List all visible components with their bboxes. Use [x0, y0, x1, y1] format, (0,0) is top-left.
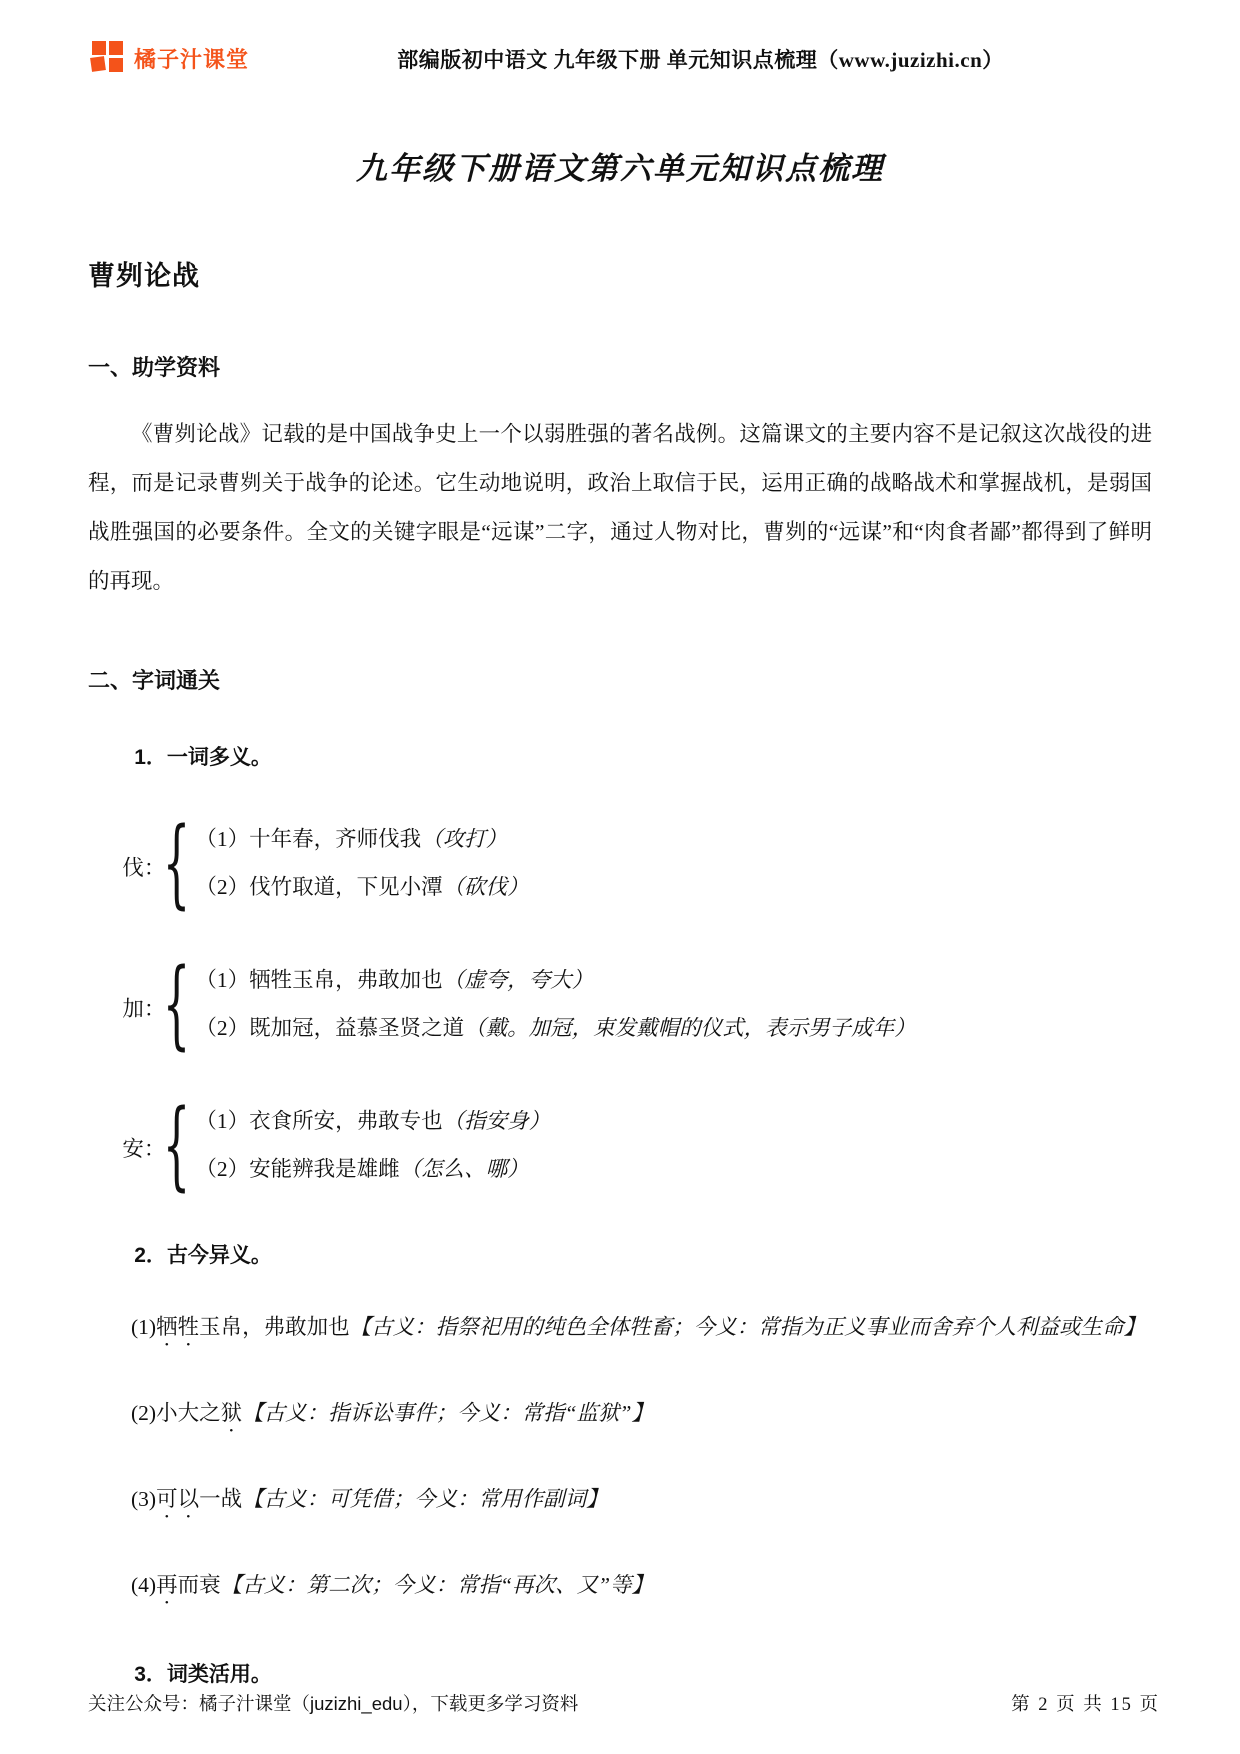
polysemy-line-gloss: （攻打）: [421, 827, 507, 851]
polysemy-lines: （1）牺牲玉帛，弗敢加也（虚夸，夸大） （2）既加冠，益慕圣贤之道（戴。加冠，束…: [187, 956, 915, 1053]
lesson-title: 曹刿论战: [88, 254, 1152, 293]
polysemy-word: 加：: [122, 986, 165, 1023]
section-1-paragraph: 《曹刿论战》记载的是中国战争史上一个以弱胜强的著名战例。这篇课文的主要内容不是记…: [88, 410, 1152, 606]
item-text: 玉帛，弗敢加也: [199, 1315, 350, 1339]
polysemy-line-text: （1）十年春，齐师伐我: [195, 827, 421, 851]
polysemy-line-gloss: （怎么、哪）: [400, 1157, 529, 1181]
item-emphasized-word: 狱: [221, 1401, 243, 1425]
ancient-modern-item-3: (3)可以一战【古义：可凭借；今义：常用作副词】: [88, 1473, 1152, 1527]
polysemy-line: （1）十年春，齐师伐我（攻打）: [195, 815, 528, 863]
item-emphasized-word: 再: [156, 1573, 178, 1597]
brace-icon: [165, 815, 187, 911]
brand-logo-icon: [88, 36, 128, 81]
section-heading-1: 一、助学资料: [88, 351, 1152, 382]
brand-name: 橘子汁课堂: [134, 43, 249, 74]
polysemy-line: （2）伐竹取道，下见小潭（砍伐）: [195, 863, 528, 911]
polysemy-line-text: （2）既加冠，益慕圣贤之道: [195, 1016, 464, 1040]
polysemy-line-text: （2）安能辨我是雄雌: [195, 1157, 399, 1181]
footer-page-number: 第 2 页 共 15 页: [1011, 1690, 1160, 1716]
section-heading-2: 二、字词通关: [88, 664, 1152, 695]
item-emphasized-word: 可以: [156, 1487, 199, 1511]
item-gloss: 【古义：指祭祀用的纯色全体牲畜；今义：常指为正义事业而舍弃个人利益或生命】: [350, 1315, 1146, 1339]
polysemy-line-text: （2）伐竹取道，下见小潭: [195, 875, 442, 899]
header-doc-info: 部编版初中语文 九年级下册 单元知识点梳理（www.juzizhi.cn）: [249, 44, 1152, 74]
subsection-heading-word-class: 3．词类活用。: [134, 1658, 1152, 1688]
brand-logo: 橘子汁课堂: [88, 36, 249, 81]
item-emphasized-word: 牺牲: [156, 1315, 199, 1339]
item-prefix: (2)小大之: [131, 1401, 221, 1425]
polysemy-line-gloss: （指安身）: [443, 1109, 551, 1133]
document-content: 曹刿论战 一、助学资料 《曹刿论战》记载的是中国战争史上一个以弱胜强的著名战例。…: [0, 254, 1240, 1688]
page-footer: 关注公众号：橘子汁课堂（juzizhi_edu），下载更多学习资料 第 2 页 …: [88, 1690, 1160, 1716]
subsection-heading-polysemy: 1．一词多义。: [134, 741, 1152, 771]
polysemy-line-text: （1）衣食所安，弗敢专也: [195, 1109, 442, 1133]
ancient-modern-item-2: (2)小大之狱【古义：指诉讼事件；今义：常指“监狱”】: [88, 1387, 1152, 1441]
item-prefix: (4): [131, 1573, 156, 1597]
polysemy-line: （2）安能辨我是雄雌（怎么、哪）: [195, 1145, 550, 1193]
item-prefix: (1): [131, 1315, 156, 1339]
polysemy-line: （2）既加冠，益慕圣贤之道（戴。加冠，束发戴帽的仪式，表示男子成年）: [195, 1004, 915, 1052]
polysemy-group-fa: 伐： （1）十年春，齐师伐我（攻打） （2）伐竹取道，下见小潭（砍伐）: [122, 815, 1152, 912]
item-gloss: 【古义：可凭借；今义：常用作副词】: [242, 1487, 608, 1511]
footer-account-info: 关注公众号：橘子汁课堂（juzizhi_edu），下载更多学习资料: [88, 1690, 578, 1716]
polysemy-word: 安：: [122, 1126, 165, 1163]
document-page: 橘子汁课堂 部编版初中语文 九年级下册 单元知识点梳理（www.juzizhi.…: [0, 0, 1240, 1754]
item-text: 一战: [199, 1487, 242, 1511]
polysemy-lines: （1）十年春，齐师伐我（攻打） （2）伐竹取道，下见小潭（砍伐）: [187, 815, 528, 912]
subsection-heading-ancient-modern: 2．古今异义。: [134, 1239, 1152, 1269]
polysemy-line: （1）衣食所安，弗敢专也（指安身）: [195, 1097, 550, 1145]
polysemy-lines: （1）衣食所安，弗敢专也（指安身） （2）安能辨我是雄雌（怎么、哪）: [187, 1097, 550, 1194]
polysemy-word: 伐：: [122, 845, 165, 882]
polysemy-line: （1）牺牲玉帛，弗敢加也（虚夸，夸大）: [195, 956, 915, 1004]
polysemy-group-jia: 加： （1）牺牲玉帛，弗敢加也（虚夸，夸大） （2）既加冠，益慕圣贤之道（戴。加…: [122, 956, 1152, 1053]
ancient-modern-item-4: (4)再而衰【古义：第二次；今义：常指“再次、又”等】: [88, 1559, 1152, 1613]
item-gloss: 【古义：指诉讼事件；今义：常指“监狱”】: [242, 1401, 653, 1425]
page-header: 橘子汁课堂 部编版初中语文 九年级下册 单元知识点梳理（www.juzizhi.…: [0, 0, 1240, 81]
polysemy-group-an: 安： （1）衣食所安，弗敢专也（指安身） （2）安能辨我是雄雌（怎么、哪）: [122, 1097, 1152, 1194]
brace-icon: [165, 956, 187, 1052]
item-gloss: 【古义：第二次；今义：常指“再次、又”等】: [221, 1573, 653, 1597]
polysemy-line-gloss: （砍伐）: [443, 875, 529, 899]
polysemy-line-gloss: （戴。加冠，束发戴帽的仪式，表示男子成年）: [464, 1016, 916, 1040]
brace-icon: [165, 1097, 187, 1193]
item-text: 而衰: [178, 1573, 221, 1597]
item-prefix: (3): [131, 1487, 156, 1511]
page-title: 九年级下册语文第六单元知识点梳理: [0, 143, 1240, 188]
polysemy-line-text: （1）牺牲玉帛，弗敢加也: [195, 968, 442, 992]
polysemy-line-gloss: （虚夸，夸大）: [443, 968, 594, 992]
ancient-modern-item-1: (1)牺牲玉帛，弗敢加也【古义：指祭祀用的纯色全体牲畜；今义：常指为正义事业而舍…: [88, 1301, 1152, 1355]
